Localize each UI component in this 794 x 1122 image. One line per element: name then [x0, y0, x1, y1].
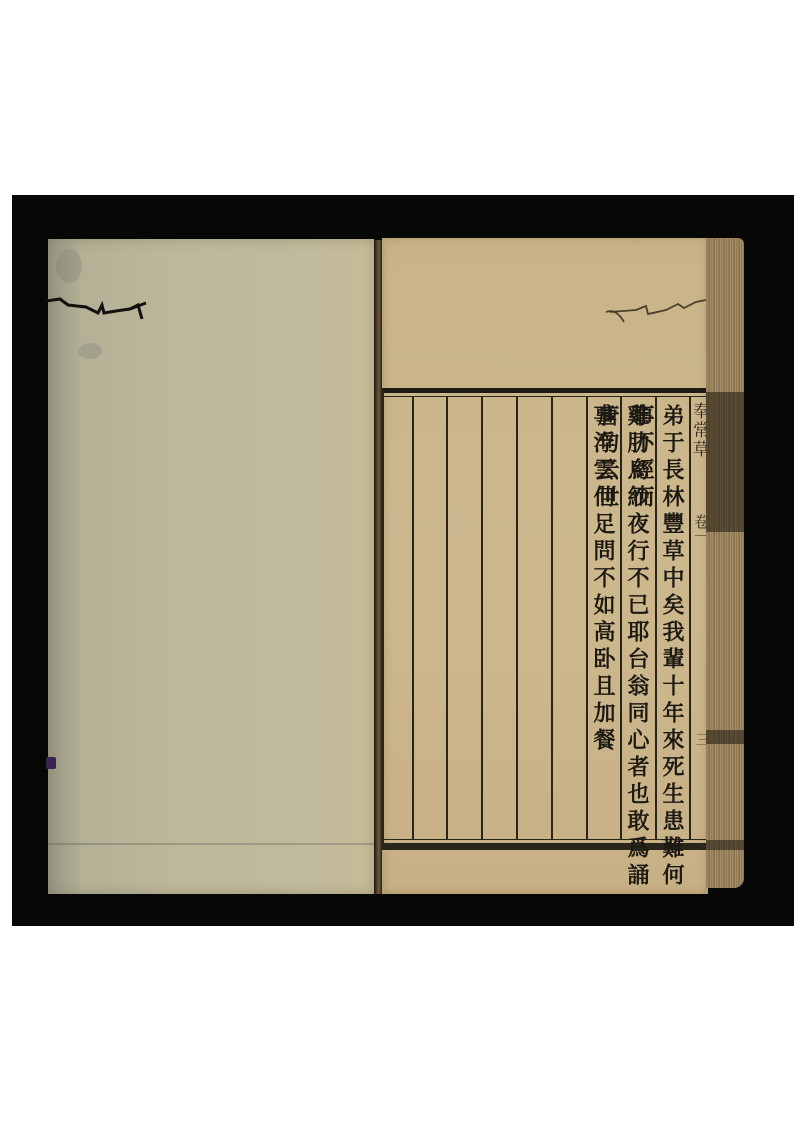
column-rule — [481, 397, 483, 839]
text-column-1: 弟于長林豐草中矣我輩十年來死生患難何事不經而 — [657, 404, 687, 894]
binding-shadow — [48, 239, 80, 894]
frame-top-border — [382, 388, 708, 393]
column-rule — [689, 397, 691, 839]
stain — [78, 343, 102, 359]
stain — [56, 249, 82, 283]
page-edge-ink-bleed — [706, 840, 744, 850]
column-rule — [446, 397, 448, 839]
page-edge-ink-bleed — [706, 730, 744, 744]
right-page-text: 事浮雲何足問不如高卧且加餐 雞肋烏紗夜行不已耶台翁同心者也敢爲誦唐句云世 弟于長… — [382, 238, 708, 894]
binding-thread-icon — [606, 296, 706, 326]
fold-line — [48, 843, 374, 845]
left-page-blank — [48, 239, 374, 894]
book-gutter — [374, 240, 382, 894]
stacked-page-edges — [706, 238, 744, 888]
page-edge-ink-bleed — [706, 392, 744, 532]
purple-tab-mark — [46, 757, 56, 769]
binding-thread-icon — [46, 295, 156, 325]
frame-top-inner — [382, 396, 708, 397]
column-rule — [551, 397, 553, 839]
frame-left-border — [382, 388, 384, 848]
column-rule — [412, 397, 414, 839]
column-rule — [516, 397, 518, 839]
